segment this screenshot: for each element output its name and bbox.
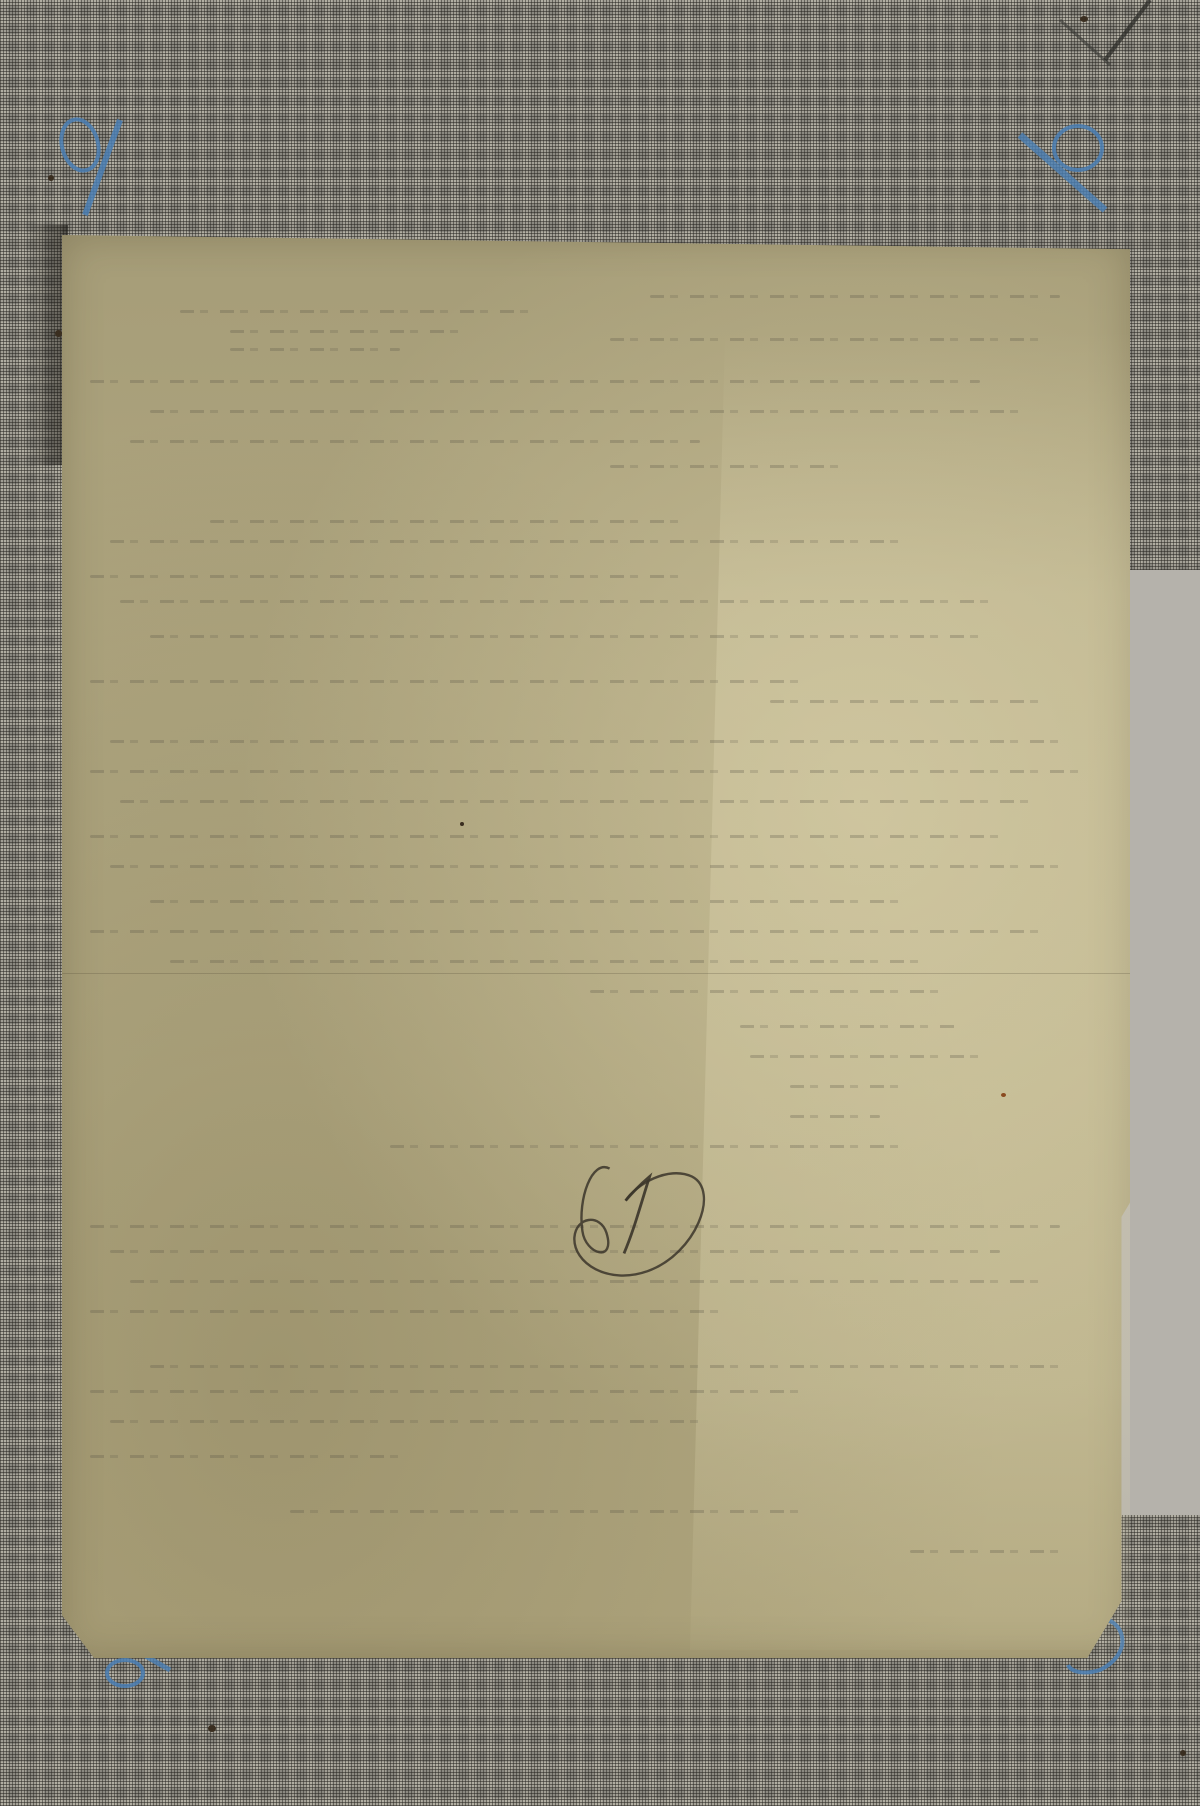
debris-spot <box>48 175 54 181</box>
debris-spot <box>460 822 464 826</box>
bleed-through-text <box>90 290 1100 1590</box>
backing-card <box>1120 570 1200 1515</box>
fold-crease <box>62 973 1130 974</box>
debris-spot <box>1080 16 1088 22</box>
corner-mark-top-left-icon <box>45 95 135 225</box>
pencil-corner-mark-icon <box>1030 0 1160 90</box>
debris-spot <box>1180 1750 1186 1756</box>
folio-number-mark: 61 <box>560 1135 720 1295</box>
corner-mark-top-right-icon <box>1010 110 1120 220</box>
debris-spot <box>208 1725 216 1732</box>
debris-spot <box>55 330 62 337</box>
rust-spot <box>1001 1093 1006 1097</box>
